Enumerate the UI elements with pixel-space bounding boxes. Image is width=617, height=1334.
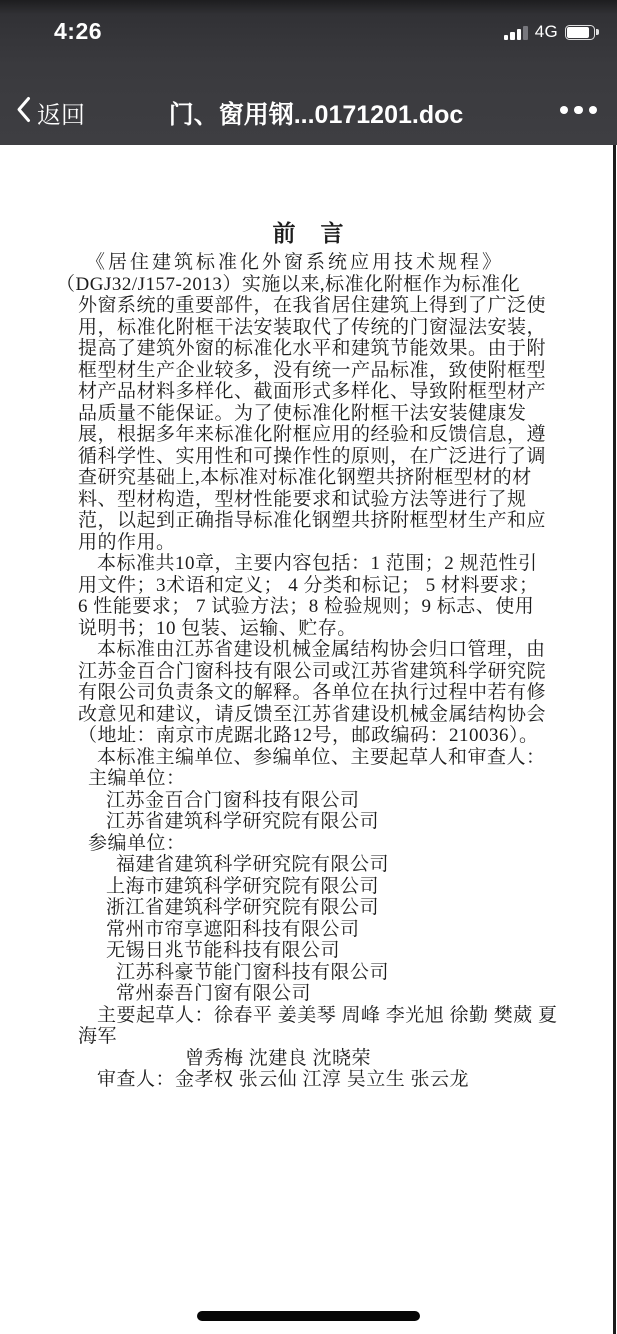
battery-nub [596,29,599,35]
doc-line: 品质量不能保证。为了使标准化附框干法安装健康发 [78,403,601,425]
doc-line: 江苏金百合门窗科技有限公司或江苏省建筑科学研究院 [78,661,601,683]
doc-line: 本标准共10章，主要内容包括：1 范围；2 规范性引 [97,553,601,575]
ellipsis-dot-icon [560,106,569,115]
doc-line: 江苏省建筑科学研究院有限公司 [106,811,601,833]
doc-line: 料、型材构造，型材性能要求和试验方法等进行了规 [78,489,601,511]
doc-line: 参编单位： [88,833,601,855]
ellipsis-dot-icon [574,106,583,115]
battery-fill [567,27,589,38]
doc-line: 无锡日兆节能科技有限公司 [106,940,601,962]
back-button-label: 返回 [37,95,85,130]
home-indicator[interactable] [197,1311,420,1321]
doc-line: 用的作用。 [78,532,601,554]
doc-line: 6 性能要求； 7 试验方法；8 检验规则；9 标志、使用 [78,596,601,618]
back-chevron-icon [16,96,31,128]
doc-line: 范，以起到正确指导标准化钢塑共挤附框型材生产和应 [78,510,601,532]
doc-line: 江苏科豪节能门窗科技有限公司 [116,962,601,984]
doc-line: 江苏金百合门窗科技有限公司 [106,790,601,812]
doc-body: 《居住建筑标准化外窗系统应用技术规程》（DGJ32/J157-2013）实施以来… [0,252,617,1091]
network-type-label: 4G [535,22,558,42]
doc-line: （DGJ32/J157-2013）实施以来,标准化附框作为标准化 [56,274,601,296]
doc-line: 常州泰吾门窗有限公司 [116,983,601,1005]
ellipsis-dot-icon [589,106,598,115]
doc-line: 本标准由江苏省建设机械金属结构协会归口管理，由 [97,639,601,661]
doc-line: （地址：南京市虎踞北路12号，邮政编码：210036）。 [78,725,601,747]
cellular-signal-icon [504,25,528,40]
doc-line: 材产品材料多样化、截面形式多样化、导致附框型材产 [78,381,601,403]
doc-line: 福建省建筑科学研究院有限公司 [116,854,601,876]
doc-line: 外窗系统的重要部件，在我省居住建筑上得到了广泛使 [78,295,601,317]
back-button[interactable]: 返回 [16,95,85,129]
doc-line: 用，标准化附框干法安装取代了传统的门窗湿法安装， [78,317,601,339]
doc-line: 上海市建筑科学研究院有限公司 [106,876,601,898]
doc-line: 《居住建筑标准化外窗系统应用技术规程》 [86,252,601,274]
doc-line: 改意见和建议，请反馈至江苏省建设机械金属结构协会 [78,704,601,726]
status-time: 4:26 [54,18,102,45]
doc-line: 主编单位： [88,768,601,790]
doc-line: 查研究基础上,本标准对标准化钢塑共挤附框型材的材 [78,467,601,489]
doc-line: 有限公司负责条文的解释。各单位在执行过程中若有修 [78,682,601,704]
doc-line: 曾秀梅 沈建良 沈晓荣 [185,1048,601,1070]
screen-right-edge-line [613,145,616,1334]
signal-bar [510,32,515,40]
more-options-button[interactable] [558,97,600,123]
signal-bar [517,29,522,40]
doc-line: 海军 [78,1026,601,1048]
document-scroll-area[interactable]: 前 言 《居住建筑标准化外窗系统应用技术规程》（DGJ32/J157-2013）… [0,145,617,1334]
status-right-cluster: 4G [504,22,599,42]
doc-line: 说明书；10 包装、运输、贮存。 [78,618,601,640]
doc-line: 展，根据多年来标准化附框应用的经验和反馈信息，遵 [78,424,601,446]
status-bar: 4:26 4G [0,0,617,58]
doc-line: 提高了建筑外窗的标准化水平和建筑节能效果。由于附 [78,338,601,360]
nav-bar: 返回 门、窗用钢...0171201.doc [0,58,617,145]
doc-line: 浙江省建筑科学研究院有限公司 [106,897,601,919]
battery-icon [565,24,599,40]
doc-line: 循科学性、实用性和可操作性的原则，在广泛进行了调 [78,446,601,468]
doc-line: 主要起草人：徐春平 姜美琴 周峰 李光旭 徐勤 樊葳 夏 [97,1005,601,1027]
doc-line: 审查人：金孝权 张云仙 江淳 吴立生 张云龙 [97,1069,601,1091]
doc-line: 框型材生产企业较多，没有统一产品标准，致使附框型 [78,360,601,382]
doc-line: 用文件；3术语和定义； 4 分类和标记； 5 材料要求； [78,575,601,597]
doc-line: 常州市帘享遮阳科技有限公司 [106,919,601,941]
doc-line: 本标准主编单位、参编单位、主要起草人和审查人： [97,747,601,769]
document-heading: 前 言 [0,220,617,248]
signal-bar-dim [523,26,528,40]
document-page: 前 言 《居住建筑标准化外窗系统应用技术规程》（DGJ32/J157-2013）… [0,145,617,1091]
battery-shell [565,25,595,40]
document-title: 门、窗用钢...0171201.doc [110,95,522,129]
app-header: 4:26 4G 返回 门、 [0,0,617,145]
signal-bar [504,35,509,40]
